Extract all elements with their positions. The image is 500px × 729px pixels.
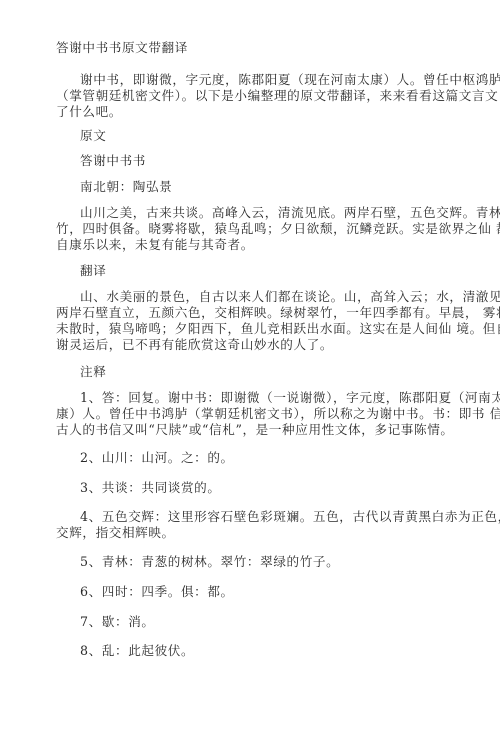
original-line-3: 自康乐以来，未复有能与其奇者。: [56, 237, 254, 253]
notes-heading: 注释: [80, 364, 106, 380]
note-6: 6、四时：四季。俱：都。: [80, 584, 234, 600]
intro-line-2: （掌管朝廷机密文件）。以下是小编整理的原文带翻译，来来看看这篇文言文 讲: [56, 88, 446, 104]
note-1-line-3: 古人的书信又叫“尺牍”或“信札”，是一种应用性文体，多记事陈情。: [56, 422, 454, 438]
note-5: 5、青林：青葱的树林。翠竹：翠绿的竹子。: [80, 554, 339, 570]
original-line-2: 竹，四时俱备。晓雾将歇，猿鸟乱鸣；夕日欲颓，沉鳞竞跃。实是欲界之仙 都。: [56, 221, 446, 237]
note-7: 7、歇：消。: [80, 614, 155, 630]
document-title: 答谢中书书原文带翻译: [56, 40, 188, 56]
note-2: 2、山川：山河。之：的。: [80, 450, 234, 466]
note-1-line-2: 康）人。曾任中书鸿胪（掌朝廷机密文书），所以称之为谢中书。书：即书 信，: [56, 406, 446, 422]
translation-line-1: 山、水美丽的景色，自古以来人们都在谈论。山，高耸入云；水，清澈见 底。: [80, 289, 446, 305]
original-heading: 原文: [80, 128, 106, 144]
original-line-1: 山川之美，古来共谈。高峰入云，清流见底。两岸石壁，五色交辉。青林 翠: [80, 205, 446, 221]
note-1-line-1: 1、答：回复。谢中书：即谢微（一说谢微），字元度，陈郡阳夏（河南太: [80, 390, 446, 406]
poem-title: 答谢中书书: [80, 153, 146, 169]
note-4-line-2: 交辉，指交相辉映。: [56, 525, 175, 541]
intro-line-1: 谢中书，即谢微，字元度，陈郡阳夏（现在河南太康）人。曾任中枢鸿胪: [80, 72, 446, 88]
document-page: 答谢中书书原文带翻译 谢中书，即谢微，字元度，陈郡阳夏（现在河南太康）人。曾任中…: [0, 0, 500, 729]
translation-line-4: 谢灵运后，已不再有能欣赏这奇山妙水的人了。: [56, 337, 333, 353]
translation-line-2: 两岸石壁直立，五颜六色，交相辉映。绿树翠竹，一年四季都有。早晨， 雾将散: [56, 305, 446, 321]
note-4-line-1: 4、五色交辉：这里形容石壁色彩斑斓。五色，古代以青黄黑白赤为正色，: [80, 509, 446, 525]
translation-heading: 翻译: [80, 263, 106, 279]
translation-line-3: 未散时，猿鸟啼鸣；夕阳西下，鱼儿竞相跃出水面。这实在是人间仙 境。但自从: [56, 321, 446, 337]
note-3: 3、共谈：共同谈赏的。: [80, 480, 221, 496]
note-8: 8、乱：此起彼伏。: [80, 643, 194, 659]
intro-line-3: 了什么吧。: [56, 104, 122, 120]
poem-author: 南北朝：陶弘景: [80, 179, 172, 195]
